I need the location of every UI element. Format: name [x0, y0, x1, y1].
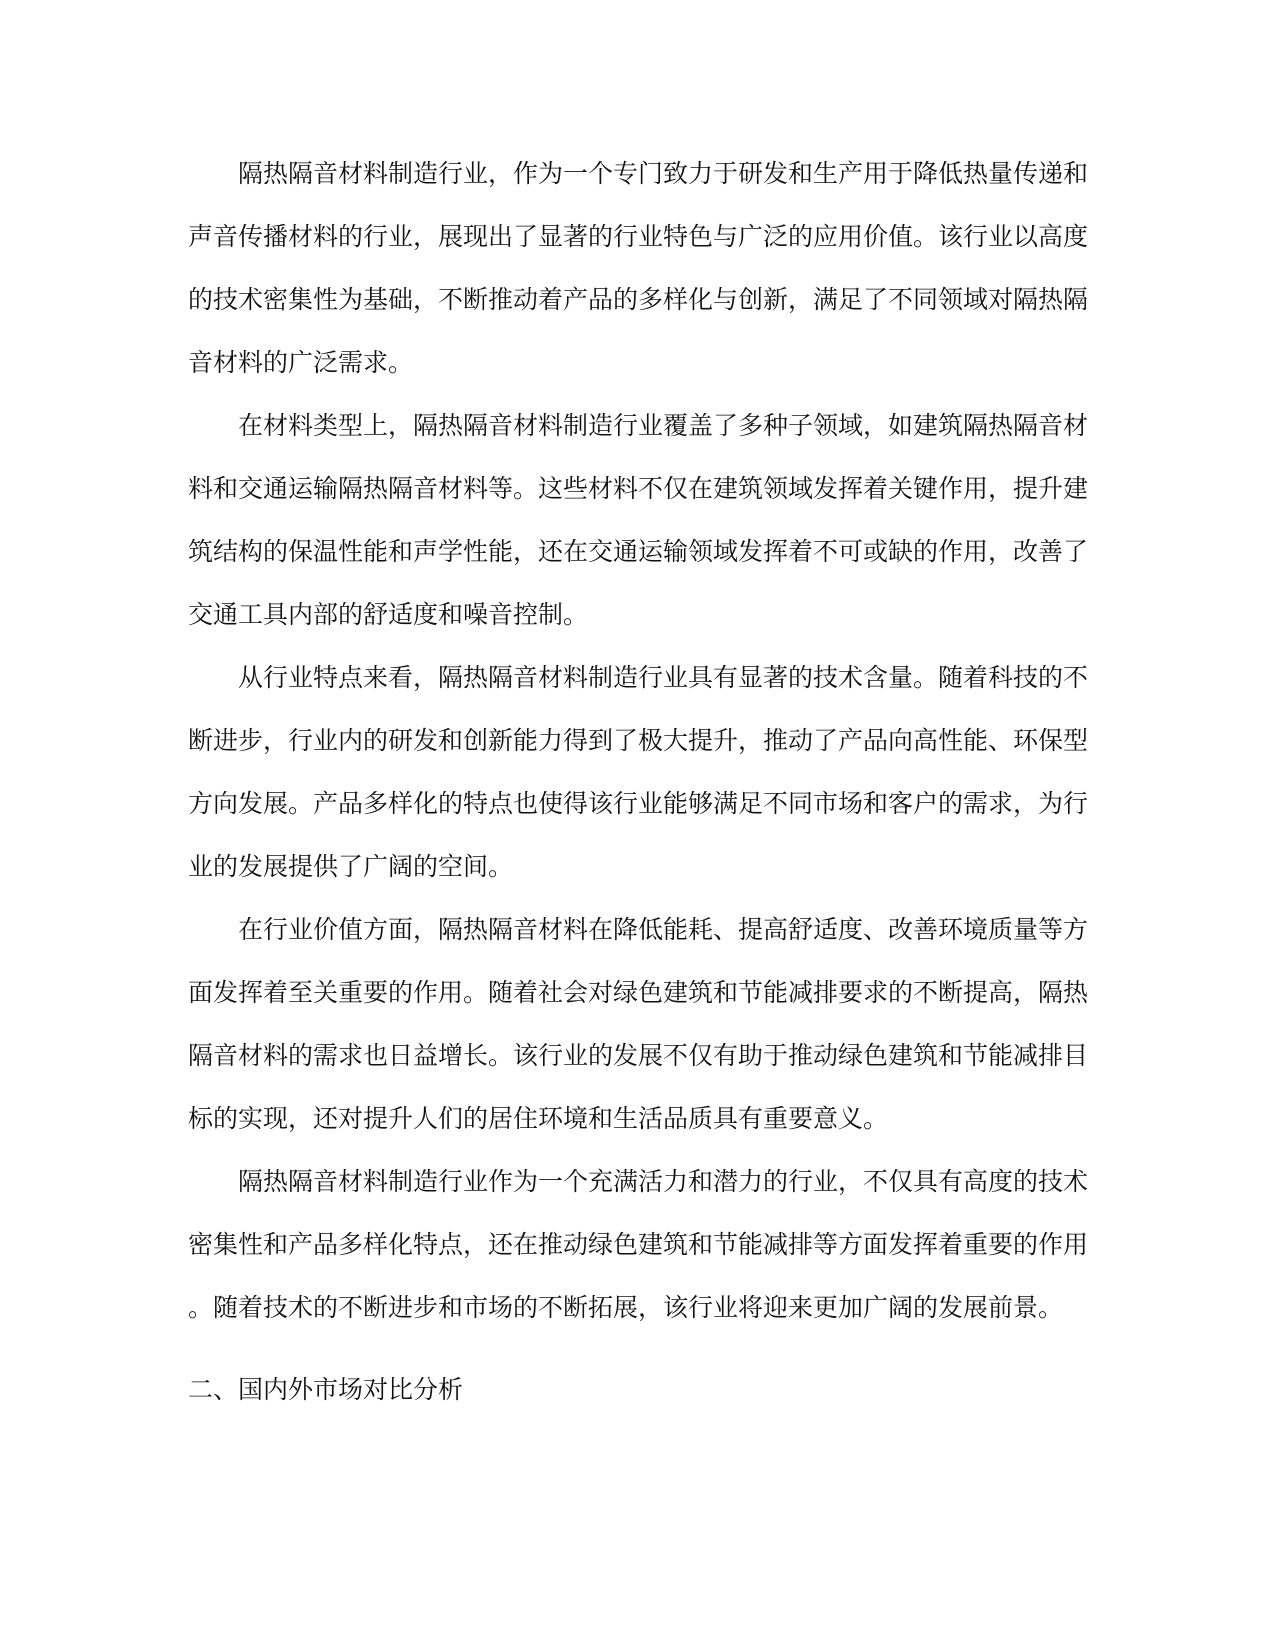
text-line: 隔音材料的需求也日益增长。该行业的发展不仅有助于推动绿色建筑和节能减排目: [188, 1041, 1088, 1071]
text-line: 断进步，行业内的研发和创新能力得到了极大提升，推动了产品向高性能、环保型: [188, 726, 1088, 756]
text-line: 从行业特点来看，隔热隔音材料制造行业具有显著的技术含量。随着科技的不: [238, 663, 1088, 693]
text-line: 密集性和产品多样化特点，还在推动绿色建筑和节能减排等方面发挥着重要的作用: [188, 1230, 1088, 1260]
text-line: 筑结构的保温性能和声学性能，还在交通运输领域发挥着不可或缺的作用，改善了: [188, 537, 1088, 567]
text-line: 。随着技术的不断进步和市场的不断拓展，该行业将迎来更加广阔的发展前景。: [188, 1293, 1063, 1323]
text-line: 业的发展提供了广阔的空间。: [188, 852, 513, 882]
text-line: 方向发展。产品多样化的特点也使得该行业能够满足不同市场和客户的需求，为行: [188, 789, 1088, 819]
text-line: 的技术密集性为基础，不断推动着产品的多样化与创新，满足了不同领域对隔热隔: [188, 285, 1088, 315]
text-line: 在行业价值方面，隔热隔音材料在降低能耗、提高舒适度、改善环境质量等方: [238, 915, 1088, 945]
text-line: 标的实现，还对提升人们的居住环境和生活品质具有重要意义。: [188, 1104, 888, 1134]
text-line: 声音传播材料的行业，展现出了显著的行业特色与广泛的应用价值。该行业以高度: [188, 222, 1088, 252]
text-line: 料和交通运输隔热隔音材料等。这些材料不仅在建筑领域发挥着关键作用，提升建: [188, 474, 1088, 504]
text-line: 隔热隔音材料制造行业作为一个充满活力和潜力的行业，不仅具有高度的技术: [238, 1167, 1088, 1197]
text-line: 音材料的广泛需求。: [188, 348, 413, 378]
text-line: 在材料类型上，隔热隔音材料制造行业覆盖了多种子领域，如建筑隔热隔音材: [238, 411, 1088, 441]
section-heading: 二、国内外市场对比分析: [188, 1375, 463, 1405]
text-line: 面发挥着至关重要的作用。随着社会对绿色建筑和节能减排要求的不断提高，隔热: [188, 978, 1088, 1008]
text-line: 隔热隔音材料制造行业，作为一个专门致力于研发和生产用于降低热量传递和: [238, 159, 1088, 189]
text-line: 交通工具内部的舒适度和噪音控制。: [188, 600, 588, 630]
